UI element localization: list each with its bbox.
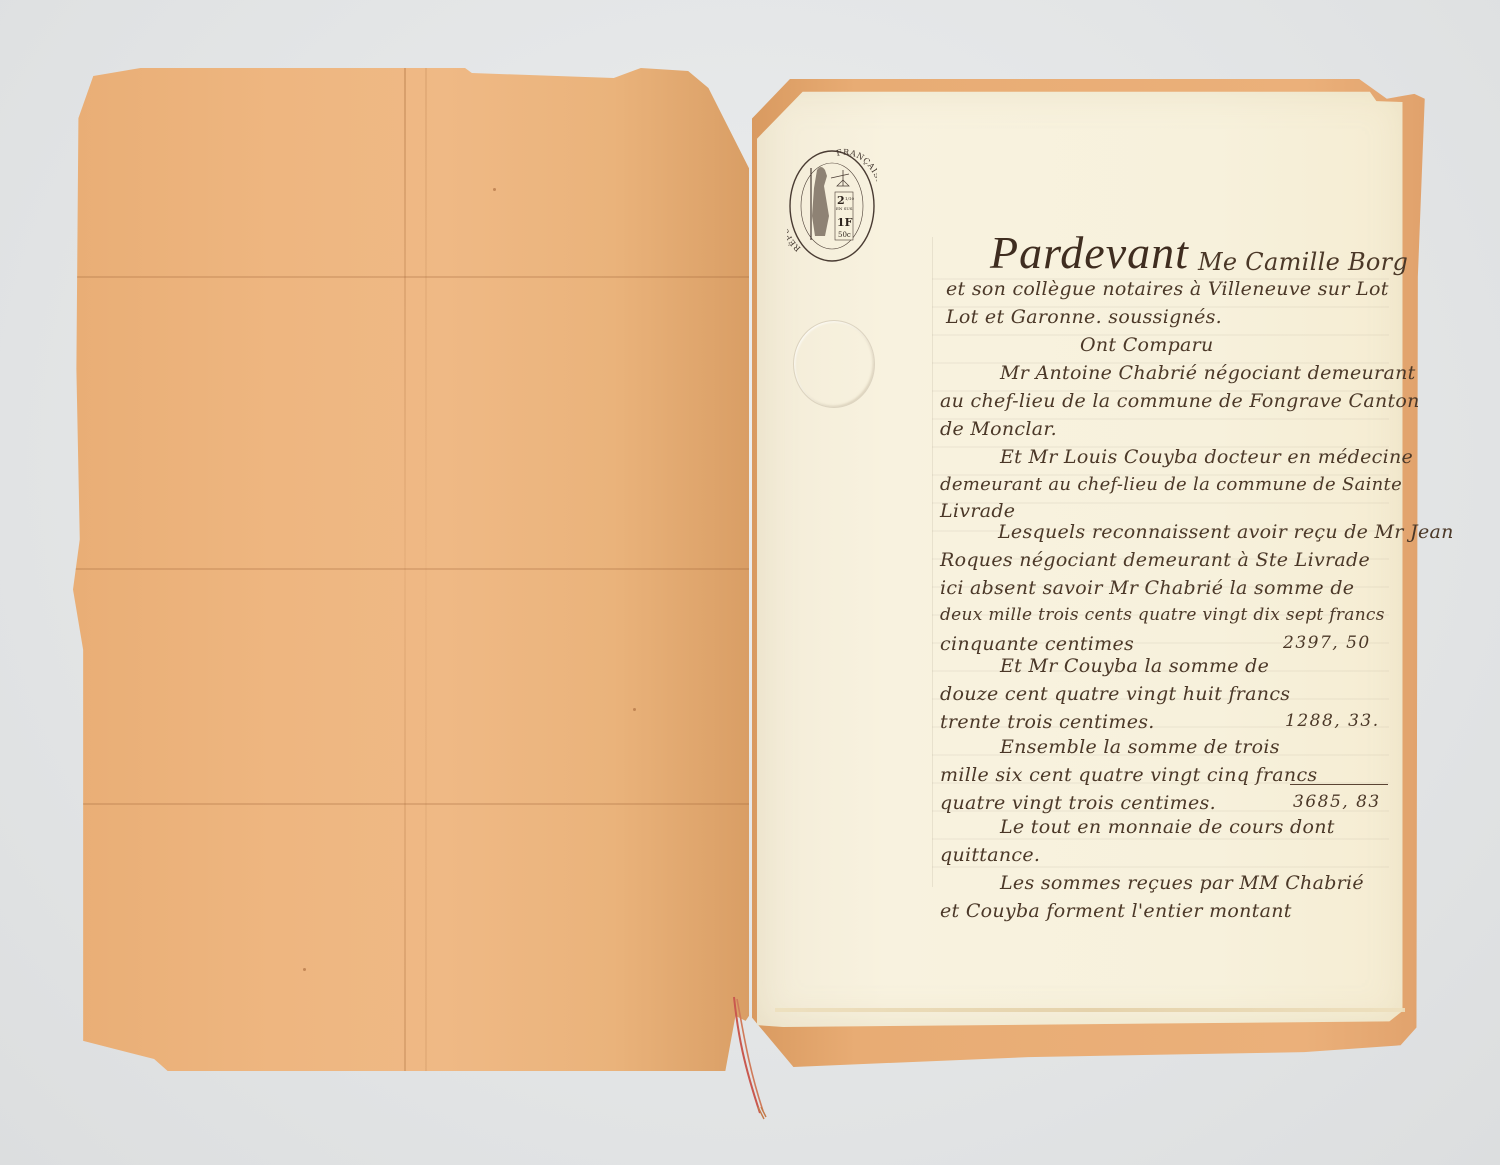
margin-line — [932, 237, 933, 887]
folder-left-cover — [73, 68, 749, 1071]
total-rule — [1290, 784, 1388, 785]
crease — [73, 568, 749, 570]
text-line: de Monclar. — [940, 418, 1057, 440]
text-line: au chef-lieu de la commune de Fongrave C… — [940, 390, 1420, 412]
text-line: ici absent savoir Mr Chabrié la somme de — [940, 577, 1354, 599]
svg-text:50c: 50c — [838, 231, 851, 239]
text-line: Ont Comparu — [1080, 334, 1214, 356]
crease — [73, 276, 749, 278]
text-line: et son collègue notaires à Villeneuve su… — [946, 278, 1389, 300]
text-line: deux mille trois cents quatre vingt dix … — [940, 605, 1385, 625]
paper-spot — [303, 968, 306, 971]
svg-text:RÉPUBLIQUE: RÉPUBLIQUE — [787, 188, 802, 253]
text-line: douze cent quatre vingt huit francs — [940, 683, 1290, 705]
embossed-seal-icon — [793, 320, 875, 408]
svg-text:1/10: 1/10 — [845, 196, 854, 201]
text-line: quatre vingt trois centimes. — [940, 792, 1216, 814]
text-line: Mr Antoine Chabrié négociant demeurant — [1000, 362, 1416, 384]
text-line: Les sommes reçues par MM Chabrié — [1000, 872, 1364, 894]
text-line: trente trois centimes. — [940, 711, 1155, 733]
text-line: Et Mr Louis Couyba docteur en médecine — [1000, 446, 1413, 468]
text-line: Lot et Garonne. soussignés. — [946, 306, 1222, 328]
text-line: demeurant au chef-lieu de la commune de … — [940, 474, 1402, 495]
text-line: quittance. — [940, 844, 1040, 866]
paper-spot — [493, 188, 496, 191]
text-line: et Couyba forment l'entier montant — [940, 900, 1292, 922]
svg-text:EN SUS: EN SUS — [836, 206, 853, 211]
deed-heading-notary: Me Camille Borg — [1198, 248, 1408, 276]
text-line: mille six cent quatre vingt cinq francs — [940, 764, 1317, 786]
binding-string-icon — [730, 995, 770, 1125]
amount-chabrie: 2397, 50 — [1283, 633, 1371, 653]
amount-total: 3685, 83 — [1293, 792, 1381, 812]
text-line: Lesquels reconnaissent avoir reçu de Mr … — [998, 521, 1454, 543]
svg-text:1F: 1F — [837, 216, 853, 229]
amount-couyba: 1288, 33. — [1285, 711, 1380, 731]
text-line: Roques négociant demeurant à Ste Livrade — [940, 549, 1370, 571]
svg-text:FRANÇAISE: FRANÇAISE — [836, 148, 877, 186]
page-stack-edge — [775, 1008, 1405, 1012]
text-line: Ensemble la somme de trois — [1000, 736, 1280, 758]
paper-spot — [633, 708, 636, 711]
text-line: cinquante centimes — [940, 633, 1134, 655]
text-line: Livrade — [940, 500, 1015, 522]
fiscal-stamp-icon: RÉPUBLIQUE FRANÇAISE 2 1/10 EN SUS 1F 50… — [787, 148, 877, 264]
deed-heading: Pardevant — [990, 226, 1189, 279]
text-line: Le tout en monnaie de cours dont — [1000, 816, 1335, 838]
text-line: Et Mr Couyba la somme de — [1000, 655, 1269, 677]
crease — [73, 803, 749, 805]
